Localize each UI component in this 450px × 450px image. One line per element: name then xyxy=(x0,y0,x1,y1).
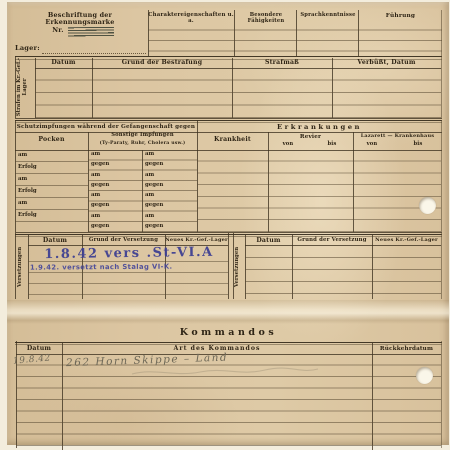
kommandos-col-rueckkehrdatum: Rückkehrdatum xyxy=(372,346,441,352)
sonstige1-am-3: am xyxy=(91,192,100,198)
lazarett-bis-label: bis xyxy=(408,142,428,148)
col-sprachkenntnisse: Sprachkenntnisse xyxy=(298,13,358,19)
rule-line xyxy=(15,342,442,343)
rule-line xyxy=(15,233,16,299)
sonstige-impfungen-label: Sonstige Impfungen xyxy=(88,133,197,139)
versetzungen-side-label-left: Versetzungen xyxy=(17,232,27,302)
fold-crease xyxy=(7,300,449,324)
krankheit-label: Krankheit xyxy=(197,137,268,144)
erkrankungen-rows xyxy=(197,150,441,232)
hole-punch-bottom xyxy=(416,367,433,384)
revier-label: Revier xyxy=(268,134,353,140)
strafen-col-strafmass: Strafmaß xyxy=(232,60,332,67)
sonstige2-am-2: am xyxy=(145,172,154,178)
versetzungen-left-col-grund: Grund der Versetzung xyxy=(82,238,165,244)
revier-bis-label: bis xyxy=(322,142,342,148)
lager-label: Lager: xyxy=(15,45,41,52)
rule-line xyxy=(441,56,442,118)
rule-line xyxy=(28,272,228,273)
sonstige2-gegen-4: gegen xyxy=(145,223,163,229)
pocken-label: Pocken xyxy=(15,137,88,144)
pocken-erfolg-2: Erfolg xyxy=(18,188,37,194)
sonstige2-am-3: am xyxy=(145,192,154,198)
sonstige1-gegen-2: gegen xyxy=(91,182,109,188)
pow-card-scan: { "top": { "erkennungsmarke_label": "Bes… xyxy=(0,0,450,450)
pocken-erfolg-1: Erfolg xyxy=(18,164,37,170)
rule-line xyxy=(441,120,442,232)
rule-line xyxy=(441,341,442,448)
lazarett-von-label: von xyxy=(362,142,382,148)
erkennungsmarke-label: Beschriftung der Erkennungsmarke xyxy=(15,12,145,26)
impfungen-header: Schutzimpfungen während der Gefangenscha… xyxy=(15,124,197,130)
sonstige2-am-1: am xyxy=(145,151,154,157)
sonstige1-gegen-4: gegen xyxy=(91,223,109,229)
sonstige1-am-1: am xyxy=(91,151,100,157)
strafen-col-datum: Datum xyxy=(35,60,92,67)
col-fuehrung: Führung xyxy=(360,13,441,19)
rule-line xyxy=(441,233,442,299)
rule-line xyxy=(28,294,228,295)
versetzungen-left-col-datum: Datum xyxy=(28,238,82,245)
versetzungen-left-col-neues-lager: Neues Kr.-Gef.-Lager xyxy=(165,238,228,244)
sonstige2-gegen-3: gegen xyxy=(145,202,163,208)
hole-punch-top xyxy=(419,197,436,214)
nr-label: Nr. xyxy=(50,27,66,34)
erkrankungen-header: Erkrankungen xyxy=(197,124,442,131)
strafen-side-label: Strafen im Kr.-Gef.-Lager xyxy=(16,57,34,117)
sonstige2-gegen-2: gegen xyxy=(145,182,163,188)
sonstige-impfungen-sublabel: (Ty-Paraty, Ruhr, Cholera usw.) xyxy=(88,141,197,146)
sonstige1-gegen-1: gegen xyxy=(91,161,109,167)
versetzungen-right-col-neues-lager: Neues Kr.-Gef.-Lager xyxy=(372,238,441,244)
sonstige1-am-4: am xyxy=(91,213,100,219)
sonstige2-gegen-1: gegen xyxy=(145,161,163,167)
kommandos-col-datum: Datum xyxy=(16,346,62,353)
strafen-col-verbuesst: Verbüßt, Datum xyxy=(332,60,441,67)
strafen-rows xyxy=(35,68,441,118)
lazarett-label: Lazarett — Krankenhaus xyxy=(353,134,442,140)
pocken-am-2: am xyxy=(18,176,27,182)
sonstige2-am-4: am xyxy=(145,213,154,219)
transfer-stamp-stalag-via: 1.8.42 vers .St-VI.A xyxy=(30,245,228,263)
sonstige1-am-2: am xyxy=(91,172,100,178)
pocken-am-3: am xyxy=(18,200,27,206)
top-table-rows xyxy=(148,20,442,52)
rule-line xyxy=(28,283,228,284)
nr-crossed-out-scribble xyxy=(68,26,114,36)
rule-line xyxy=(15,118,442,119)
revier-von-label: von xyxy=(278,142,298,148)
rule-line xyxy=(228,233,229,299)
kommandos-title: Kommandos xyxy=(15,327,442,338)
pocken-am-1: am xyxy=(18,152,27,158)
versetzungen-right-col-datum: Datum xyxy=(245,238,292,245)
lager-blank-line xyxy=(42,45,146,54)
rule-line xyxy=(15,120,442,121)
transfer-stamp-stalag-vik: 1.9.42. versetzt nach Stalag VI-K. xyxy=(30,262,208,271)
versetzungen-side-label-right: Versetzungen xyxy=(234,232,244,302)
rule-line xyxy=(15,56,442,57)
versetzungen-right-rows xyxy=(245,246,441,294)
sonstige1-gegen-3: gegen xyxy=(91,202,109,208)
versetzungen-right-col-grund: Grund der Versetzung xyxy=(292,238,372,244)
pocken-erfolg-3: Erfolg xyxy=(18,212,37,218)
strafen-col-grund: Grund der Bestrafung xyxy=(92,60,232,67)
faint-pencil-marks xyxy=(130,364,320,380)
